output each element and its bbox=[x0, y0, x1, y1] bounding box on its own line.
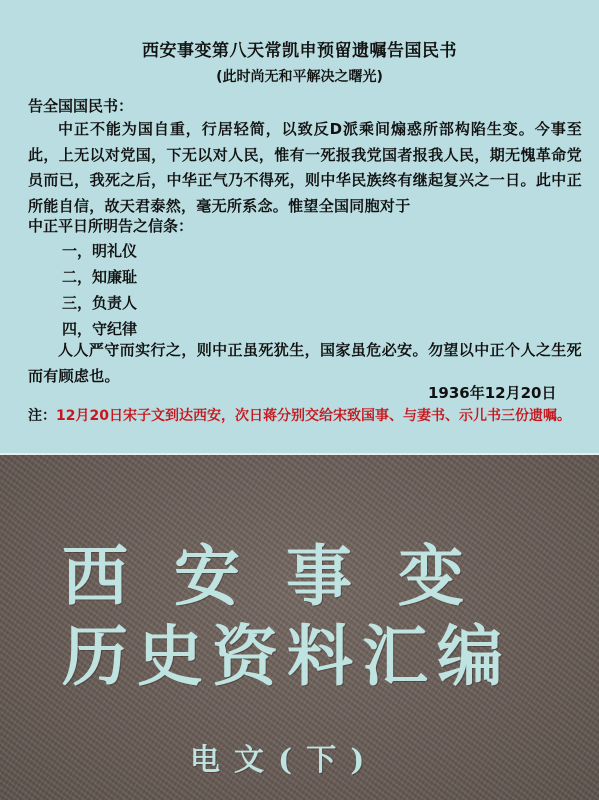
creed-item: 二，知廉耻 bbox=[62, 264, 137, 290]
creed-item: 三，负责人 bbox=[62, 290, 137, 316]
note-label: 注： bbox=[28, 405, 56, 427]
salutation: 告全国国民书： bbox=[28, 95, 133, 116]
creed-item: 一，明礼仪 bbox=[62, 238, 137, 264]
note: 注： 12月20日宋子文到达西安，次日蒋分别交给宋致国事、与妻书、示儿书三份遗嘱… bbox=[28, 405, 588, 427]
creed-list: 一，明礼仪 二，知廉耻 三，负责人 四，守纪律 bbox=[62, 238, 137, 342]
cover-title-line2: 历史资料汇编 bbox=[62, 603, 599, 698]
body-paragraph: 中正不能为国自重，行居轻简，以致反D派乘间煽惑所部构陷生变。今事至此，上无以对党… bbox=[28, 117, 582, 219]
book-cover-photo: 西安事变 历史资料汇编 电文(下) bbox=[0, 455, 599, 800]
document-panel: 西安事变第八天常凯申预留遗嘱告国民书 (此时尚无和平解决之曙光) 告全国国民书：… bbox=[0, 0, 599, 455]
cover-subtitle: 电文(下) bbox=[190, 735, 599, 779]
document-date: 1936年12月20日 bbox=[428, 382, 557, 403]
document-title: 西安事变第八天常凯申预留遗嘱告国民书 bbox=[0, 36, 599, 61]
note-text: 12月20日宋子文到达西安，次日蒋分别交给宋致国事、与妻书、示儿书三份遗嘱。 bbox=[56, 405, 588, 427]
creed-intro: 中正平日所明告之信条： bbox=[28, 215, 193, 236]
document-subtitle: (此时尚无和平解决之曙光) bbox=[0, 66, 599, 86]
